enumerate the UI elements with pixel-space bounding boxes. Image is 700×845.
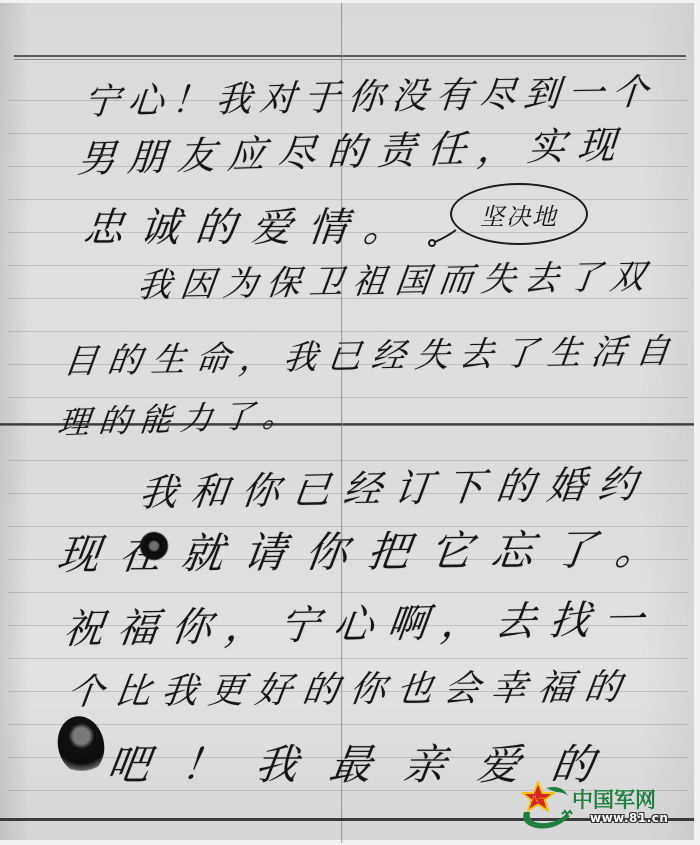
ink-blot: [139, 531, 169, 561]
letter-photo: 宁心！我对于你没有尽到一个 男朋友应尽的责任，实现 忠诚的爱情。 坚决地 我因为…: [0, 0, 700, 845]
header-rule-thin: [14, 59, 686, 60]
watermark-site-name: 中国军网: [572, 784, 656, 814]
letter-line-7: 我和你已经订下的婚约: [137, 453, 654, 517]
army-star-logo-icon: 八一: [516, 778, 576, 830]
letter-line-9: 祝福你，宁心啊，去找一: [60, 588, 661, 655]
letter-line-3: 忠诚的爱情。: [81, 196, 423, 253]
letter-line-4: 我因为保卫祖国而失去了双: [135, 249, 657, 307]
watermark-81cn: 八一 中国军网 www.81.cn: [516, 778, 696, 830]
inserted-note-bubble: 坚决地: [450, 183, 588, 245]
header-rule: [14, 55, 686, 57]
emblem-text: 八一: [530, 795, 545, 803]
letter-line-6: 理的能力了。: [56, 389, 307, 444]
watermark-url: www.81.cn: [590, 811, 668, 825]
letter-line-10: 个比我更好的你也会幸福的: [65, 659, 636, 715]
ruled-line: [8, 724, 688, 725]
inserted-note-text: 坚决地: [480, 197, 558, 232]
